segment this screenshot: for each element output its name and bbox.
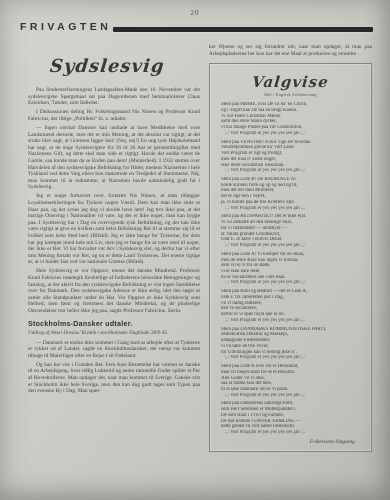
song-verse: Stem paa Danskerens naturlige Parti,som … xyxy=(221,401,362,435)
song-verses: Stem paa HØJRE, hvis De vil ha’ en Citro… xyxy=(219,102,362,436)
article-heading-stockholm: Stockholms-Dansker udtaler. xyxy=(28,321,200,328)
scanned-magazine-page: 20 FRIVAGTEN Sydslesvig Paa Studenterfor… xyxy=(0,0,390,500)
refrain-line: :,: Vort Program er yes yes yes yes jah … xyxy=(221,318,362,324)
masthead-title: FRIVAGTEN xyxy=(20,21,111,33)
two-column-layout: Sydslesvig Paa Studenterforeningens Lørd… xyxy=(28,42,372,486)
song-verse: Stem paa HØJRE, hvis De vil ha’ en Citro… xyxy=(221,102,362,136)
refrain-line: :,: Vort Program er yes yes yes yes jah … xyxy=(221,393,362,399)
paragraph: Hele Sydslesvig er vor Opgave, mener det… xyxy=(28,268,200,314)
song-verse: Stem paa Liste K hvis Du er Demokrat,men… xyxy=(221,364,362,398)
header-rule xyxy=(113,27,373,32)
right-column: ker Øjnene og ser sig forundret om, naar… xyxy=(209,42,372,486)
paragraph: Paa Studenterforeningens Lørdagsaften-Mø… xyxy=(28,87,200,107)
refrain-line: :,: Vort Program er yes yes yes yes jah … xyxy=(221,430,362,436)
left-column: Sydslesvig Paa Studenterforeningens Lørd… xyxy=(28,42,200,486)
song-title: Valgvise xyxy=(218,73,363,91)
refrain-line: :,: Vort Program er yes yes yes yes jah … xyxy=(221,206,362,212)
song-verse: Stem paa VENSTRE! A sku’ sige Jer hvorda… xyxy=(221,140,362,174)
refrain-line: :,: Vort Program er yes yes yes yes jah … xyxy=(221,168,362,174)
paragraph: — Ingen normal Dansker kan undlade at ha… xyxy=(28,125,200,191)
paragraph: Og han har vist i Grunden Ret. Fem Aars … xyxy=(28,362,200,395)
song-signature: Folkevisens Slagsang. xyxy=(219,439,362,445)
refrain-line: :,: Vort Program er yes yes yes yes jah … xyxy=(221,243,362,249)
article-body: Paa Studenterforeningens Lørdagsaften-Mø… xyxy=(28,87,200,315)
song-verse: Stem paa DANMARKS KOMMUNISTISKE PARTI,de… xyxy=(221,327,362,361)
refrain-line: :,: Vort Program er yes yes yes yes jah … xyxy=(221,131,362,137)
paragraph: — Danmark er endnu ikke kommet i Gang me… xyxy=(28,340,200,360)
song-verse: Stem paa Liste B! De RADIKALE vilholde K… xyxy=(221,177,362,211)
paragraph: I Diskussionen deltog Hr. Folketingsmand… xyxy=(28,109,200,122)
column-continuation-text: ker Øjnene og ser sig forundret om, naar… xyxy=(209,44,372,57)
refrain-line: :,: Vort Program er yes yes yes yes jah … xyxy=(221,280,362,286)
article-body-2: — Danmark er endnu ikke kommet i Gang me… xyxy=(28,340,200,395)
source-attribution: Uddrag af Aksel Dresius’ Krønik i stockh… xyxy=(28,330,200,337)
refrain-line: :,: Vort Program er yes yes yes yes jah … xyxy=(221,355,362,361)
song-verse: Stem paa RETSPARTIET! Det er ikke Pjat.V… xyxy=(221,214,362,248)
page-number: 20 xyxy=(0,9,390,17)
paragraph: Jeg er noget forbavset over, fortsatte N… xyxy=(28,193,200,266)
song-verse: Stem paa Liste A! Vi kæmper for de smaa,… xyxy=(221,252,362,286)
valgvise-box: Valgvise Mel.: Engelsk Soldatersang Stem… xyxy=(209,63,372,452)
article-heading-sydslesvig: Sydslesvig xyxy=(49,56,201,77)
song-melody-note: Mel.: Engelsk Soldatersang xyxy=(219,92,362,97)
song-verse: Stem paa Buhl og Hedtoft — det er Liste … xyxy=(221,289,362,323)
